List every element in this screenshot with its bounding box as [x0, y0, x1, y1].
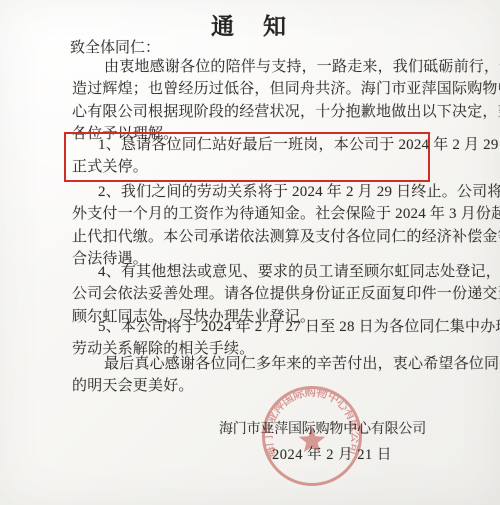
text-line: 心有限公司根据现阶段的经营状况，十分抱歉地做出以下决定，望: [72, 101, 434, 123]
text-line: 1、恳请各位同仁站好最后一班岗，本公司于 2024 年 2 月 29 日: [72, 135, 422, 157]
text-line: 公司会依法妥善处理。请各位提供身份证正反面复印件一份递交至: [72, 283, 434, 305]
item2-paragraph: 2、我们之间的劳动关系将于 2024 年 2 月 29 日终止。公司将额外支付一…: [72, 181, 434, 271]
text-line: 外支付一个月的工资作为待通知金。社会保险于 2024 年 3 月份起停: [72, 203, 434, 225]
text-line: 最后真心感谢各位同仁多年来的辛苦付出，衷心希望各位同仁: [72, 353, 434, 375]
salutation: 致全体同仁：: [70, 36, 160, 57]
text-line: 5、本公司将于 2024 年 2 月 27 日至 28 日为各位同仁集中办理: [72, 316, 434, 338]
notice-document: 通 知 致全体同仁： 由衷地感谢各位的陪伴与支持，一路走来，我们砥砺前行，创造过…: [0, 0, 500, 505]
text-line: 4、有其他想法或意见、要求的员工请至顾尔虹同志处登记，本: [72, 261, 434, 283]
issue-date: 2024 年 2 月 21 日: [272, 443, 392, 464]
text-line: 止代扣代缴。本公司承诺依法测算及支付各位同仁的经济补偿金等: [72, 226, 434, 248]
text-line: 的明天会更美好。: [72, 375, 434, 397]
text-line: 正式关停。: [72, 157, 422, 179]
text-line: 造过辉煌；也曾经历过低谷，但同舟共济。海门市亚萍国际购物中: [72, 78, 434, 100]
company-signature: 海门市亚萍国际购物中心有限公司: [219, 418, 426, 438]
text-line: 2、我们之间的劳动关系将于 2024 年 2 月 29 日终止。公司将额: [72, 181, 434, 203]
closing-paragraph: 最后真心感谢各位同仁多年来的辛苦付出，衷心希望各位同仁的明天会更美好。: [72, 353, 434, 398]
highlight-box: 1、恳请各位同仁站好最后一班岗，本公司于 2024 年 2 月 29 日正式关停…: [64, 132, 430, 182]
text-line: 由衷地感谢各位的陪伴与支持，一路走来，我们砥砺前行，创: [72, 56, 434, 78]
item1-paragraph: 1、恳请各位同仁站好最后一班岗，本公司于 2024 年 2 月 29 日正式关停…: [72, 135, 422, 178]
